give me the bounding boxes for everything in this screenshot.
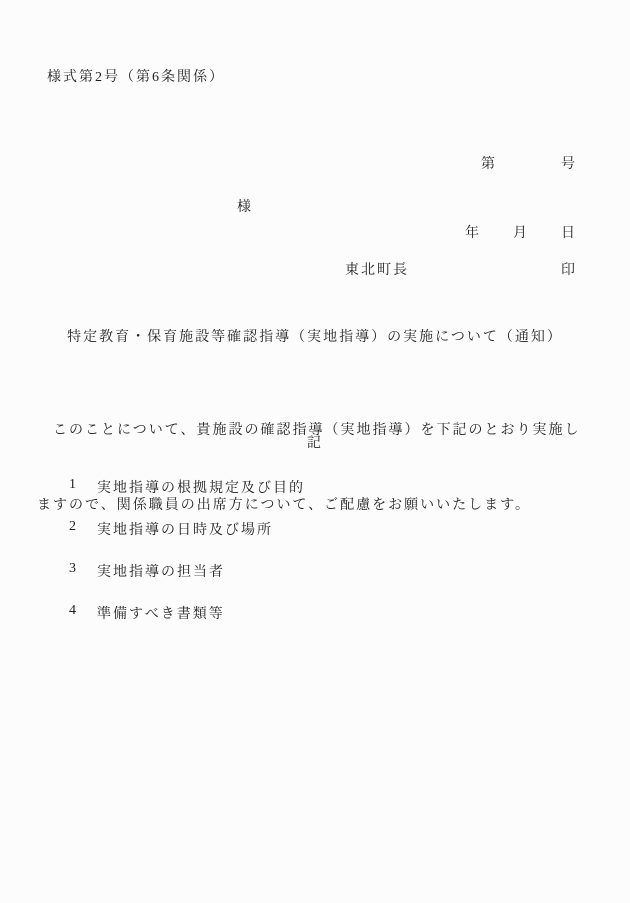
list-item-3-number: 3 — [69, 561, 81, 581]
list-item-1: 1 実地指導の根拠規定及び目的 — [69, 477, 305, 497]
ki-record-marker: 記 — [0, 432, 630, 452]
list-item-2-number: 2 — [69, 519, 81, 539]
list-item-4-number: 4 — [69, 603, 81, 623]
sender-name: 東北町長 — [345, 259, 409, 279]
list-item-3: 3 実地指導の担当者 — [69, 561, 225, 581]
list-item-1-number: 1 — [69, 477, 81, 497]
sender-line: 東北町長 印 — [345, 259, 577, 279]
addressee-sama-placeholder: 様 — [237, 196, 253, 216]
list-item-4: 4 準備すべき書類等 — [69, 603, 225, 623]
doc-number-blank-line: 第 号 — [465, 153, 577, 176]
list-item-3-text: 実地指導の担当者 — [97, 561, 225, 581]
date-blank-line: 年 月 日 — [465, 222, 577, 245]
notice-document-page: 様式第2号（第6条関係） 第 号 年 月 日 様 東北町長 印 特定教育・保育施… — [0, 0, 630, 903]
list-item-2-text: 実地指導の日時及び場所 — [97, 519, 273, 539]
list-item-1-text: 実地指導の根拠規定及び目的 — [97, 477, 305, 497]
form-number-label: 様式第2号（第6条関係） — [47, 66, 225, 86]
list-item-2: 2 実地指導の日時及び場所 — [69, 519, 273, 539]
document-title: 特定教育・保育施設等確認指導（実地指導）の実施について（通知） — [0, 326, 630, 346]
list-item-4-text: 準備すべき書類等 — [97, 603, 225, 623]
seal-placeholder: 印 — [561, 259, 577, 279]
